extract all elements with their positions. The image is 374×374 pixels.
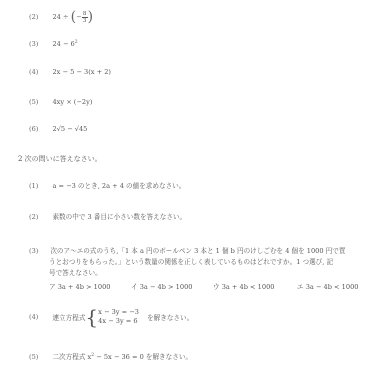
problem-number: (4) bbox=[29, 313, 38, 321]
expression: 4xy × (−2y) bbox=[52, 98, 92, 106]
problem-2-2: (2) 素数の中で 3 番目に小さい数を答えなさい。 bbox=[29, 211, 186, 221]
question-text: a = −3 のとき, 2a + 4 の値を求めなさい。 bbox=[52, 182, 185, 190]
expression: 2x − 5 − 3(x + 2) bbox=[52, 68, 111, 76]
equation-2: 4x − 3y = 6 bbox=[98, 317, 139, 326]
problem-2-4: (4) 連立方程式{x − 3y = −34x − 3y = 6 を解きなさい。 bbox=[29, 307, 193, 327]
question-prefix: 連立方程式 bbox=[52, 314, 85, 322]
problem-number: (4) bbox=[29, 68, 38, 76]
problem-number: (5) bbox=[29, 353, 38, 361]
right-paren: ) bbox=[88, 9, 93, 25]
problem-2-1: (1) a = −3 のとき, 2a + 4 の値を求めなさい。 bbox=[29, 180, 185, 190]
problem-2-5: (5) 二次方程式 x2 − 5x − 36 = 0 を解きなさい。 bbox=[29, 351, 192, 361]
section-2-heading: 2 次の問いに答えなさい。 bbox=[18, 154, 102, 164]
question-suffix: − 5x − 36 = 0 を解きなさい。 bbox=[94, 353, 192, 361]
equation-system: x − 3y = −34x − 3y = 6 bbox=[98, 308, 139, 326]
equation-1: x − 3y = −3 bbox=[98, 308, 139, 317]
question-suffix: を解きなさい。 bbox=[147, 314, 193, 322]
choice-b: イ 3a − 4b > 1000 bbox=[131, 281, 213, 291]
expression: 24 − 6 bbox=[52, 40, 74, 48]
choice-a: ア 3a + 4b > 1000 bbox=[49, 281, 131, 291]
problem-1-5: (5) 4xy × (−2y) bbox=[29, 98, 92, 106]
problem-number: (3) bbox=[29, 40, 38, 48]
problem-2-3: (3)次のア〜エの式のうち,「1 本 a 円のボールペン 3 本と 1 個 b … bbox=[29, 246, 345, 279]
choices-row: ア 3a + 4b > 1000イ 3a − 4b > 1000ウ 3a + 4… bbox=[49, 281, 358, 291]
problem-1-6: (6) 2√5 − √45 bbox=[29, 125, 87, 133]
problem-number: (2) bbox=[29, 13, 38, 21]
denominator: 3 bbox=[83, 18, 87, 24]
question-line-2: うとおつりをもらった。」という数量の関係を正しく表しているものはどれですか。1 … bbox=[29, 257, 345, 268]
problem-number: (3) bbox=[29, 247, 38, 255]
question-line-1: 次のア〜エの式のうち,「1 本 a 円のボールペン 3 本と 1 個 b 円のけ… bbox=[50, 247, 345, 255]
problem-1-2: (2) 24 ÷ (−83) bbox=[29, 10, 93, 24]
exponent: 2 bbox=[75, 40, 78, 45]
question-text: 素数の中で 3 番目に小さい数を答えなさい。 bbox=[52, 213, 186, 221]
question-line-3: 号で答えなさい。 bbox=[29, 268, 345, 279]
question-prefix: 二次方程式 x bbox=[52, 353, 91, 361]
problem-number: (6) bbox=[29, 125, 38, 133]
left-brace: { bbox=[85, 305, 98, 329]
problem-number: (2) bbox=[29, 213, 38, 221]
problem-number: (5) bbox=[29, 98, 38, 106]
problem-1-3: (3) 24 − 62 bbox=[29, 40, 78, 48]
choice-c: ウ 3a + 4b < 1000 bbox=[213, 281, 297, 291]
choice-d: エ 3a − 4b < 1000 bbox=[297, 281, 358, 291]
expression: 2√5 − √45 bbox=[52, 125, 87, 133]
expression-prefix: 24 ÷ bbox=[52, 13, 70, 21]
problem-1-4: (4) 2x − 5 − 3(x + 2) bbox=[29, 68, 111, 76]
problem-number: (1) bbox=[29, 182, 38, 190]
